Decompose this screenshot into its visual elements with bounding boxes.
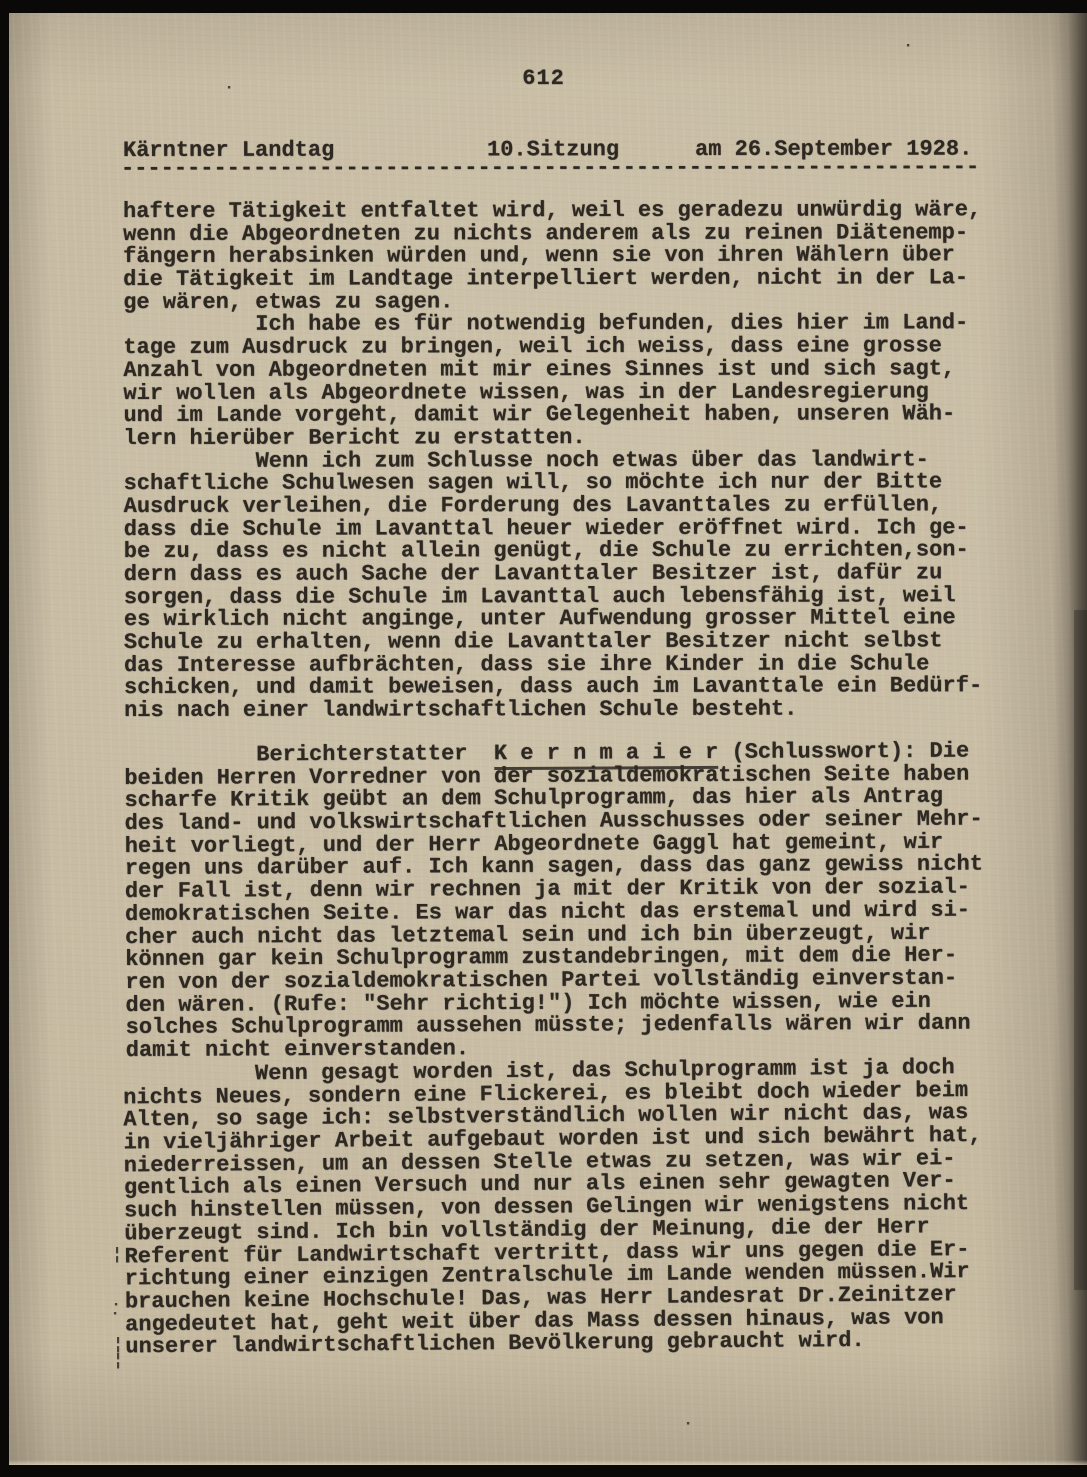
paragraph-5: Wenn gesagt worden ist, das Schulprogram… xyxy=(123,1057,1006,1360)
body-text: haftere Tätigkeit entfaltet wird, weil e… xyxy=(123,199,1005,1357)
text-line: nis nach einer landwirtschaftlichen Schu… xyxy=(124,698,1004,723)
scan-artifact-mark: · xyxy=(110,1306,120,1323)
scan-artifact-mark: ¦ xyxy=(113,1353,123,1370)
paper-right-edge-dark-band xyxy=(1074,610,1087,1290)
text-line: die Tätigkeit im Landtage interpelliert … xyxy=(123,267,1003,292)
paragraph-2: Ich habe es für notwendig befunden, dies… xyxy=(123,313,1003,451)
paragraph-1: haftere Tätigkeit entfaltet wird, weil e… xyxy=(123,199,1003,314)
text-line: solches Schulprogramm aussehen müsste; j… xyxy=(126,1012,1006,1039)
paragraph-3: Wenn ich zum Schlusse noch etwas über da… xyxy=(124,449,1005,723)
scan-artifact-mark: · xyxy=(224,80,234,97)
page-number: 612 xyxy=(0,66,1087,91)
paper-bottom-edge-highlight xyxy=(9,1460,1087,1465)
scan-artifact-mark: ¦ xyxy=(112,1247,122,1264)
scan-artifact-mark: · xyxy=(903,38,913,55)
text-segment: (Schlusswort): Die xyxy=(718,738,969,764)
header-divider-dashes: ----------------------------------------… xyxy=(121,155,979,181)
scan-artifact-mark: · xyxy=(683,1416,693,1433)
paragraph-4: Berichterstatter K e r n m a i e r (Schl… xyxy=(124,740,1006,1062)
text-line: unserer landwirtschaftlichen Bevölkerung… xyxy=(125,1329,1005,1359)
scanned-document-page: { "page": { "page_number": "612", "heade… xyxy=(0,0,1087,1477)
